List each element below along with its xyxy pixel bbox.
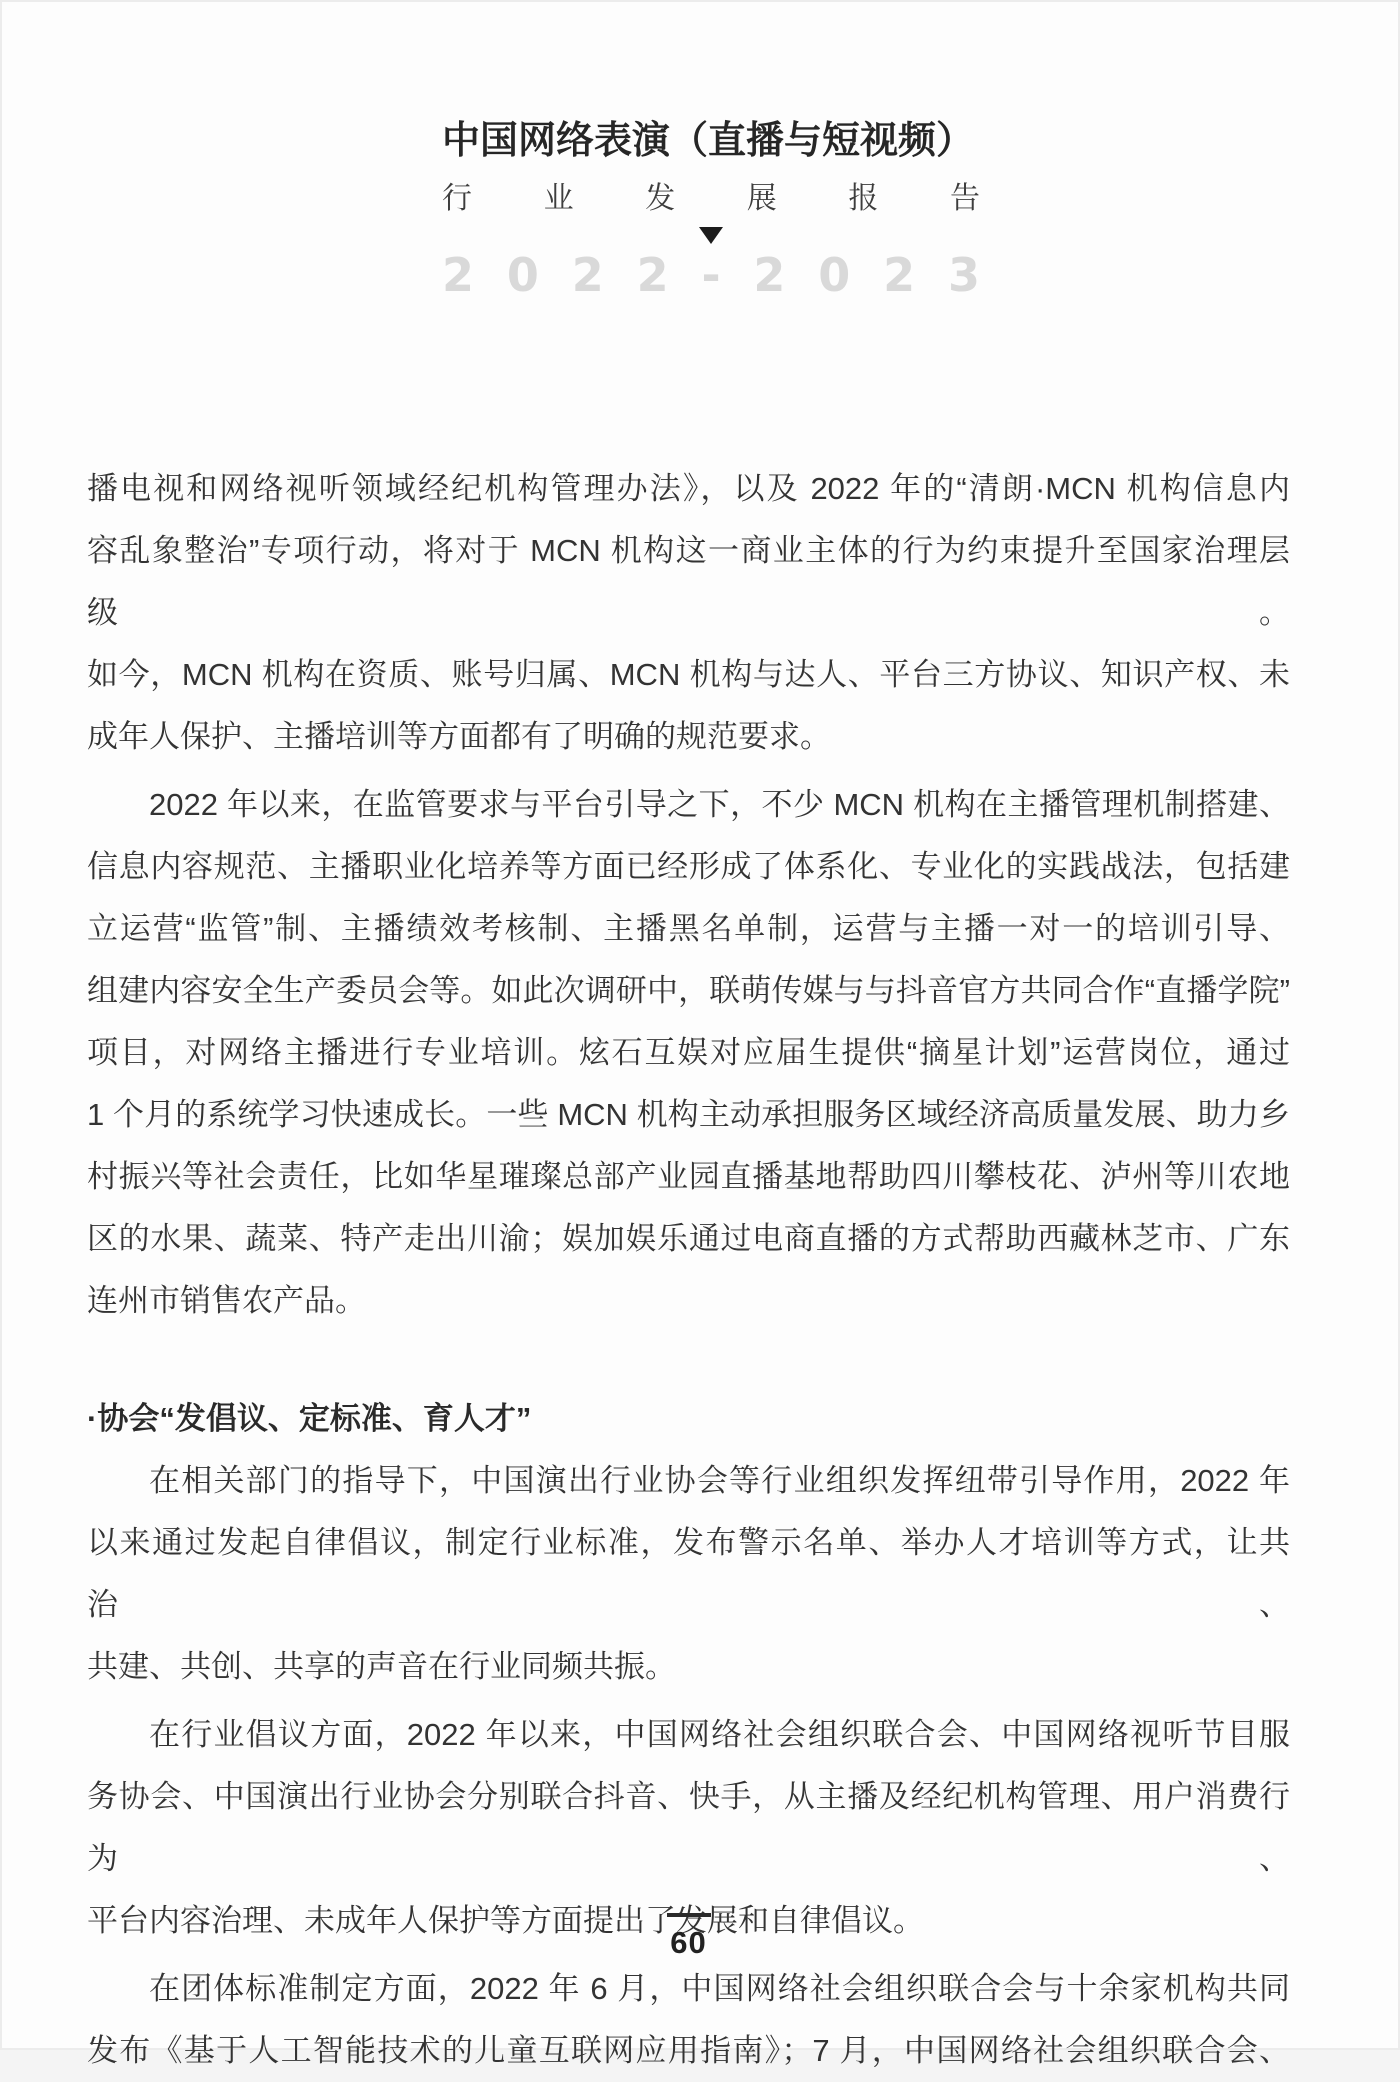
char: 业 [544, 182, 574, 216]
char: - [701, 251, 720, 299]
text-line: 播电视和网络视听领域经纪机构管理办法》，以及 2022 年的“清朗·MCN 机构… [87, 458, 1290, 520]
paragraph: 在相关部门的指导下，中国演出行业协会等行业组织发挥纽带引导作用，2022 年以来… [87, 1450, 1290, 1698]
footer-divider [667, 1913, 711, 1917]
char: 2 [442, 251, 474, 299]
char: 3 [948, 251, 980, 299]
text-line: 在团体标准制定方面，2022 年 6 月，中国网络社会组织联合会与十余家机构共同 [87, 1958, 1290, 2020]
char: 展 [747, 182, 777, 216]
char: 2 [883, 251, 915, 299]
text-line: 区的水果、蔬菜、特产走出川渝；娱加娱乐通过电商直播的方式帮助西藏林芝市、广东 [87, 1208, 1290, 1270]
report-subtitle: 行业发展报告 [442, 182, 980, 216]
text-line: 1 个月的系统学习快速成长。一些 MCN 机构主动承担服务区域经济高质量发展、助… [87, 1084, 1290, 1146]
paragraph: 在团体标准制定方面，2022 年 6 月，中国网络社会组织联合会与十余家机构共同… [87, 1958, 1290, 2050]
text-line: 成年人保护、主播培训等方面都有了明确的规范要求。 [87, 706, 1290, 768]
char: 2 [572, 251, 604, 299]
char: 0 [818, 251, 850, 299]
text-line: 在相关部门的指导下，中国演出行业协会等行业组织发挥纽带引导作用，2022 年 [87, 1450, 1290, 1512]
text-line: 以来通过发起自律倡议，制定行业标准，发布警示名单、举办人才培训等方式，让共治、 [87, 1512, 1290, 1636]
text-line: 在行业倡议方面，2022 年以来，中国网络社会组织联合会、中国网络视听节目服 [87, 1704, 1290, 1766]
page-number: 60 [87, 1925, 1290, 1961]
text-line: 村振兴等社会责任，比如华星璀璨总部产业园直播基地帮助四川攀枝花、泸州等川农地 [87, 1146, 1290, 1208]
text-line: 组建内容安全生产委员会等。如此次调研中，联萌传媒与与抖音官方共同合作“直播学院” [87, 960, 1290, 1022]
text-line: 立运营“监管”制、主播绩效考核制、主播黑名单制，运营与主播一对一的培训引导、 [87, 898, 1290, 960]
char: 报 [848, 182, 878, 216]
text-line: 项目，对网络主播进行专业培训。炫石互娱对应届生提供“摘星计划”运营岗位，通过 [87, 1022, 1290, 1084]
text-line: 2022 年以来，在监管要求与平台引导之下，不少 MCN 机构在主播管理机制搭建… [87, 774, 1290, 836]
text-line: 务协会、中国演出行业协会分别联合抖音、快手，从主播及经纪机构管理、用户消费行为、 [87, 1766, 1290, 1890]
page-footer: 60 [87, 1913, 1290, 1961]
text-line: 共建、共创、共享的声音在行业同频共振。 [87, 1636, 1290, 1698]
char: 2 [753, 251, 785, 299]
text-line: 连州市销售农产品。 [87, 1270, 1290, 1332]
section-heading: ·协会“发倡议、定标准、育人才” [87, 1388, 1290, 1450]
page-content: 播电视和网络视听领域经纪机构管理办法》，以及 2022 年的“清朗·MCN 机构… [87, 458, 1290, 2050]
paragraph: 2022 年以来，在监管要求与平台引导之下，不少 MCN 机构在主播管理机制搭建… [87, 774, 1290, 1332]
text-line: 信息内容规范、主播职业化培养等方面已经形成了体系化、专业化的实践战法，包括建 [87, 836, 1290, 898]
triangle-down-icon [699, 227, 723, 244]
report-header: 中国网络表演（直播与短视频） 行业发展报告 2022-2023 [442, 118, 980, 299]
char: 告 [950, 182, 980, 216]
char: 0 [507, 251, 539, 299]
char: 发 [645, 182, 675, 216]
report-title: 中国网络表演（直播与短视频） [442, 118, 980, 164]
text-line: 发布《基于人工智能技术的儿童互联网应用指南》；7 月，中国网络社会组织联合会、 [87, 2020, 1290, 2050]
text-line: 容乱象整治”专项行动，将对于 MCN 机构这一商业主体的行为约束提升至国家治理层… [87, 520, 1290, 644]
report-years: 2022-2023 [442, 251, 980, 299]
text-line: 如今，MCN 机构在资质、账号归属、MCN 机构与达人、平台三方协议、知识产权、… [87, 644, 1290, 706]
char: 2 [637, 251, 669, 299]
char: 行 [442, 182, 472, 216]
paragraph: 播电视和网络视听领域经纪机构管理办法》，以及 2022 年的“清朗·MCN 机构… [87, 458, 1290, 768]
report-page: 中国网络表演（直播与短视频） 行业发展报告 2022-2023 播电视和网络视听… [0, 0, 1400, 2050]
